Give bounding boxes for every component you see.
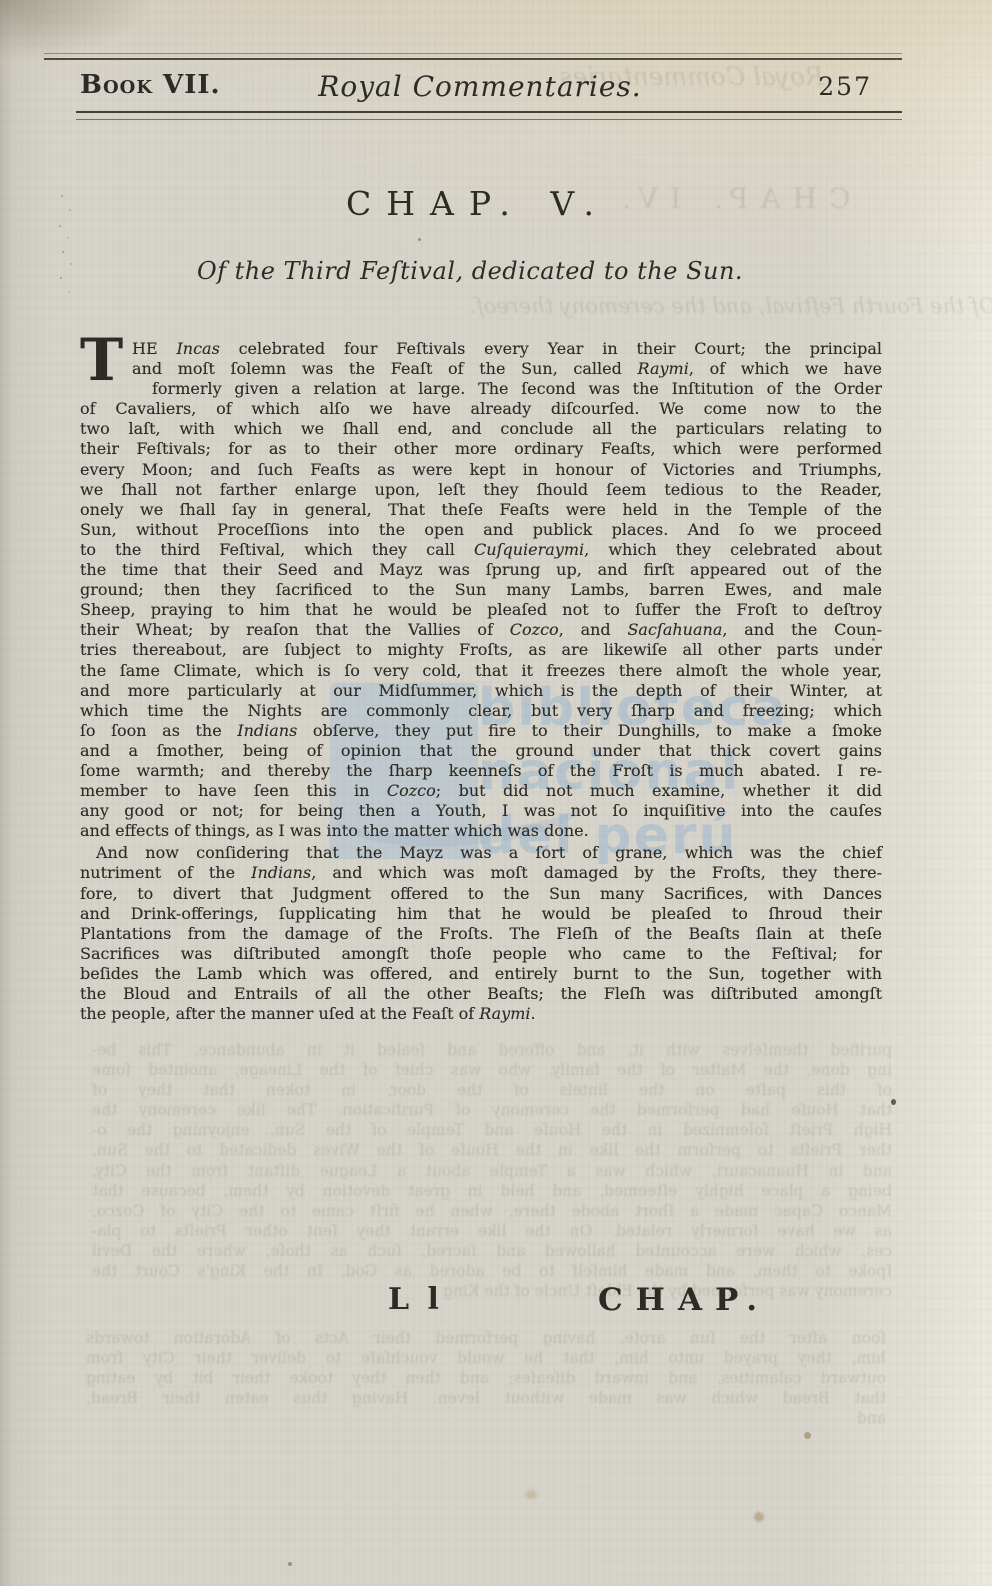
top-rule: [44, 53, 902, 60]
signature-mark: L l: [388, 1282, 443, 1317]
text-line: and more particularly at our Midſummer, …: [80, 681, 882, 701]
text-line: and a ſmother, being of opinion that the…: [80, 741, 882, 761]
text-line: nutriment of the Indians, and which was …: [80, 863, 882, 883]
text-line: the people, after the manner uſed at the…: [80, 1004, 882, 1024]
text-line: member to have ſeen this in Cozco; but d…: [80, 781, 882, 801]
text-line: fore, to divert that Judgment offered to…: [80, 884, 882, 904]
text-line: And now conſidering that the Mayz was a …: [80, 843, 882, 863]
text-line: ground; then they ſacrificed to the Sun …: [80, 580, 882, 600]
running-header: Book VII. Royal Commentaries. 257: [80, 70, 880, 104]
text-line: HE Incas celebrated four Feſtivals every…: [80, 339, 882, 359]
text-line: Sheep, praying to him that he would be p…: [80, 600, 882, 620]
text-line: two laſt, with which we ſhall end, and c…: [80, 419, 882, 439]
text-line: Sun, without Proceſſions into the open a…: [80, 520, 882, 540]
text-line: of Cavaliers, of which alſo we have alre…: [80, 399, 882, 419]
page-number: 257: [818, 72, 872, 101]
paragraph-1: T HE Incas celebrated four Feſtivals eve…: [80, 339, 882, 841]
text-line: Sacrifices was diſtributed amongſt thoſe…: [80, 944, 882, 964]
running-title: Royal Commentaries.: [80, 70, 880, 103]
printed-content: Book VII. Royal Commentaries. 257 CHAP. …: [0, 0, 992, 1586]
book-page-scan: Royal Commentaries CHAP. IV. Of the Four…: [0, 0, 992, 1586]
text-line: the ſame Climate, which is ſo very cold,…: [80, 661, 882, 681]
text-line: every Moon; and ſuch Feaſts as were kept…: [80, 460, 882, 480]
chapter-subtitle: Of the Third Feſtival, dedicated to the …: [80, 257, 860, 285]
text-line: to the third Feſtival, which they call C…: [80, 540, 882, 560]
text-line: onely we ſhall ſay in general, That theſ…: [80, 500, 882, 520]
text-line: tries thereabout, are ſubject to mighty …: [80, 640, 882, 660]
drop-cap: T: [80, 340, 124, 380]
chapter-heading: CHAP. V.: [80, 184, 860, 223]
text-line: formerly given a relation at large. The …: [80, 379, 882, 399]
page-foot: L l CHAP.: [80, 1282, 882, 1326]
text-line: their Wheat; by reaſon that the Vallies …: [80, 620, 882, 640]
text-line: Plantations from the damage of the Froſt…: [80, 924, 882, 944]
paragraph-2: And now conſidering that the Mayz was a …: [80, 843, 882, 1024]
text-line: beſides the Lamb which was offered, and …: [80, 964, 882, 984]
catchword: CHAP.: [598, 1282, 770, 1318]
text-line: any good or not; for being then a Youth,…: [80, 801, 882, 821]
text-line: ſo ſoon as the Indians obſerve, they put…: [80, 721, 882, 741]
text-line: and Drink-offerings, ſupplicating him th…: [80, 904, 882, 924]
text-line: ſome warmth; and thereby the ſharp keenn…: [80, 761, 882, 781]
body-text: T HE Incas celebrated four Feſtivals eve…: [80, 339, 882, 1024]
text-line: the Bloud and Entrails of all the other …: [80, 984, 882, 1004]
text-line: their Feſtivals; for as to their other m…: [80, 439, 882, 459]
text-line: which time the Nights are commonly clear…: [80, 701, 882, 721]
text-line: the time that their Seed and Mayz was ſp…: [80, 560, 882, 580]
text-line: we ſhall not farther enlarge upon, leſt …: [80, 480, 882, 500]
header-rule: [76, 111, 902, 120]
text-line: and effects of things, as I was into the…: [80, 821, 882, 841]
text-line: and moſt ſolemn was the Feaſt of the Sun…: [80, 359, 882, 379]
